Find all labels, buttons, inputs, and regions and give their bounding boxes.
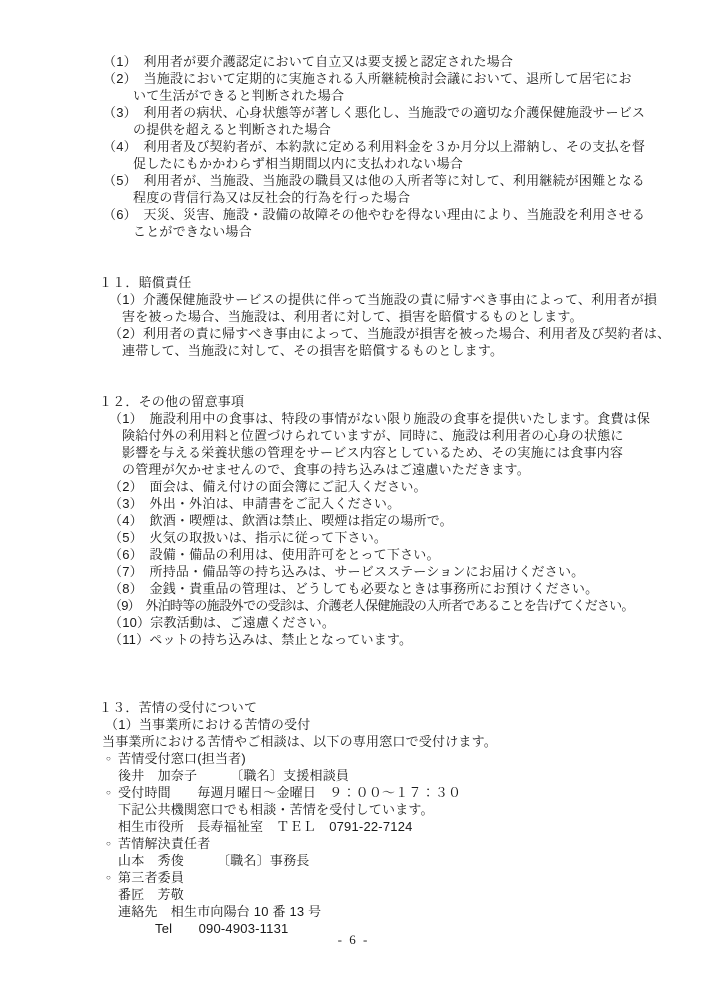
circle-bullet-icon: ○ [106,869,111,886]
doc-line: （5） 火気の取扱いは、指示に従って下さい。 [85,529,687,546]
blank-line [85,376,687,393]
line-text: 下記公共機関窓口でも相談・苦情を受付しています。 [118,802,434,817]
doc-line: ○苦情解決責任者 [85,835,687,852]
page-number: - 6 - [0,932,707,948]
doc-line: 害を被った場合、当施設は、利用者に対して、損害を賠償するものとします。 [85,308,687,325]
line-text: （2） 当施設において定期的に実施される入所継続検討会議において、退所して居宅に… [103,71,632,86]
doc-line: 連帯して、当施設に対して、その損害を賠償するものとします。 [85,342,687,359]
line-text: （8） 金銭・貴重品の管理は、どうしても必要なときは事務所にお預けください。 [109,581,598,596]
blank-line [85,257,687,274]
doc-line: 連絡先 相生市向陽台 10 番 13 号 [85,903,687,920]
doc-line: ○受付時間 毎週月曜日～金曜日 ９：００～１７：３０ [85,784,687,801]
line-text: （1） 利用者が要介護認定において自立又は要支援と認定された場合 [103,54,513,69]
line-text: （5） 利用者が、当施設、当施設の職員又は他の入所者等に対して、利用継続が困難と… [103,173,645,188]
blank-line [85,359,687,376]
line-text: の管理が欠かせませんので、食事の持ち込みはご遠慮いただきます。 [122,462,530,477]
doc-line: （3） 利用者の病状、心身状態等が著しく悪化し、当施設での適切な介護保健施設サー… [85,104,687,121]
doc-line: 下記公共機関窓口でも相談・苦情を受付しています。 [85,801,687,818]
blank-line [85,648,687,665]
doc-line: （3） 外出・外泊は、申請書をご記入ください。 [85,495,687,512]
doc-line: いて生活ができると判断された場合 [85,87,687,104]
line-text: 受付時間 毎週月曜日～金曜日 ９：００～１７：３０ [118,785,461,800]
line-text: （2） 面会は、備え付けの面会簿にご記入ください。 [109,479,427,494]
doc-line: 影響を与える栄養状態の管理をサービス内容としているため、その実施には食事内容 [85,444,687,461]
line-text: いて生活ができると判断された場合 [133,88,344,103]
line-text: （9） 外泊時等の施設外での受診は、介護老人保健施設の入所者であることを告げてく… [109,598,634,613]
doc-line: 当事業所における苦情やご相談は、以下の専用窓口で受付けます。 [85,733,687,750]
doc-line: 相生市役所 長寿福祉室 ＴＥＬ 0791-22-7124 [85,818,687,835]
line-text: 連帯して、当施設に対して、その損害を賠償するものとします。 [122,343,503,358]
doc-line: （5） 利用者が、当施設、当施設の職員又は他の入所者等に対して、利用継続が困難と… [85,172,687,189]
doc-line: （6） 設備・備品の利用は、使用許可をとって下さい。 [85,546,687,563]
doc-line: ことができない場合 [85,223,687,240]
doc-line: 険給付外の利用料と位置づけられていますが、同時に、施設は利用者の心身の状態に [85,427,687,444]
line-text: １２．その他の留意事項 [99,394,244,409]
line-text: （4） 利用者及び契約者が、本約款に定める利用料金を３か月分以上滞納し、その支払… [103,139,645,154]
circle-bullet-icon: ○ [106,750,111,767]
doc-line: 後井 加奈子 〔職名〕支援相談員 [85,767,687,784]
doc-line: （1） 施設利用中の食事は、特段の事情がない限り施設の食事を提供いたします。食費… [85,410,687,427]
line-text: １１．賠償責任 [99,275,191,290]
line-text: （4） 飲酒・喫煙は、飲酒は禁止、喫煙は指定の場所で。 [109,513,453,528]
doc-line: 山本 秀俊 〔職名〕事務長 [85,852,687,869]
doc-line: ○第三者委員 [85,869,687,886]
blank-line [85,665,687,682]
document-body: （1） 利用者が要介護認定において自立又は要支援と認定された場合（2） 当施設に… [85,53,687,937]
doc-line: （2） 当施設において定期的に実施される入所継続検討会議において、退所して居宅に… [85,70,687,87]
line-text: （1）当事業所における苦情の受付 [105,717,310,732]
doc-line: の提供を超えると判断された場合 [85,121,687,138]
doc-line: （1） 利用者が要介護認定において自立又は要支援と認定された場合 [85,53,687,70]
doc-line: １３．苦情の受付について [85,699,687,716]
doc-line: 番匠 芳敬 [85,886,687,903]
line-text: （6） 設備・備品の利用は、使用許可をとって下さい。 [109,547,440,562]
doc-line: 程度の背信行為又は反社会的行為を行った場合 [85,189,687,206]
line-text: 相生市役所 長寿福祉室 ＴＥＬ 0791-22-7124 [118,819,413,834]
line-text: （5） 火気の取扱いは、指示に従って下さい。 [109,530,387,545]
line-text: 険給付外の利用料と位置づけられていますが、同時に、施設は利用者の心身の状態に [122,428,624,443]
line-text: （11）ペットの持ち込みは、禁止となっています。 [109,632,412,647]
doc-line: （6） 天災、災害、施設・設備の故障その他やむを得ない理由により、当施設を利用さ… [85,206,687,223]
doc-line: （11）ペットの持ち込みは、禁止となっています。 [85,631,687,648]
line-text: （3） 外出・外泊は、申請書をご記入ください。 [109,496,400,511]
line-text: 山本 秀俊 〔職名〕事務長 [118,853,310,868]
doc-line: （1）介護保健施設サービスの提供に伴って当施設の責に帰すべき事由によって、利用者… [85,291,687,308]
doc-line: （2） 面会は、備え付けの面会簿にご記入ください。 [85,478,687,495]
doc-line: ○苦情受付窓口(担当者) [85,750,687,767]
line-text: 影響を与える栄養状態の管理をサービス内容としているため、その実施には食事内容 [122,445,623,460]
doc-line: １２．その他の留意事項 [85,393,687,410]
line-text: （2）利用者の責に帰すべき事由によって、当施設が損害を被った場合、利用者及び契約… [109,326,670,341]
line-text: （3） 利用者の病状、心身状態等が著しく悪化し、当施設での適切な介護保健施設サー… [103,105,645,120]
doc-line: １１．賠償責任 [85,274,687,291]
line-text: （10）宗教活動は、ご遠慮ください。 [109,615,335,630]
doc-line: （9） 外泊時等の施設外での受診は、介護老人保健施設の入所者であることを告げてく… [85,597,687,614]
doc-line: 促したにもかかわらず相当期間以内に支払われない場合 [85,155,687,172]
line-text: 程度の背信行為又は反社会的行為を行った場合 [133,190,410,205]
doc-line: （1）当事業所における苦情の受付 [85,716,687,733]
line-text: 連絡先 相生市向陽台 10 番 13 号 [118,904,321,919]
line-text: １３．苦情の受付について [99,700,257,715]
line-text: （1）介護保健施設サービスの提供に伴って当施設の責に帰すべき事由によって、利用者… [109,292,657,307]
line-text: 苦情受付窓口(担当者) [118,751,246,766]
doc-line: （4） 利用者及び契約者が、本約款に定める利用料金を３か月分以上滞納し、その支払… [85,138,687,155]
line-text: （1） 施設利用中の食事は、特段の事情がない限り施設の食事を提供いたします。食費… [109,411,650,426]
line-text: 第三者委員 [118,870,184,885]
circle-bullet-icon: ○ [106,784,111,801]
doc-line: （4） 飲酒・喫煙は、飲酒は禁止、喫煙は指定の場所で。 [85,512,687,529]
doc-line: （8） 金銭・貴重品の管理は、どうしても必要なときは事務所にお預けください。 [85,580,687,597]
doc-line: の管理が欠かせませんので、食事の持ち込みはご遠慮いただきます。 [85,461,687,478]
blank-line [85,240,687,257]
document-page: （1） 利用者が要介護認定において自立又は要支援と認定された場合（2） 当施設に… [0,0,707,1000]
doc-line: （7） 所持品・備品等の持ち込みは、サービスステーションにお届けください。 [85,563,687,580]
line-text: 番匠 芳敬 [118,887,184,902]
line-text: 後井 加奈子 〔職名〕支援相談員 [118,768,349,783]
line-text: 促したにもかかわらず相当期間以内に支払われない場合 [133,156,463,171]
line-text: 苦情解決責任者 [118,836,210,851]
line-text: （7） 所持品・備品等の持ち込みは、サービスステーションにお届けください。 [109,564,584,579]
blank-line [85,682,687,699]
circle-bullet-icon: ○ [106,835,111,852]
line-text: 害を被った場合、当施設は、利用者に対して、損害を賠償するものとします。 [122,309,583,324]
line-text: ことができない場合 [133,224,252,239]
line-text: 当事業所における苦情やご相談は、以下の専用窓口で受付けます。 [102,734,497,749]
line-text: （6） 天災、災害、施設・設備の故障その他やむを得ない理由により、当施設を利用さ… [103,207,645,222]
doc-line: （10）宗教活動は、ご遠慮ください。 [85,614,687,631]
line-text: の提供を超えると判断された場合 [133,122,331,137]
doc-line: （2）利用者の責に帰すべき事由によって、当施設が損害を被った場合、利用者及び契約… [85,325,687,342]
